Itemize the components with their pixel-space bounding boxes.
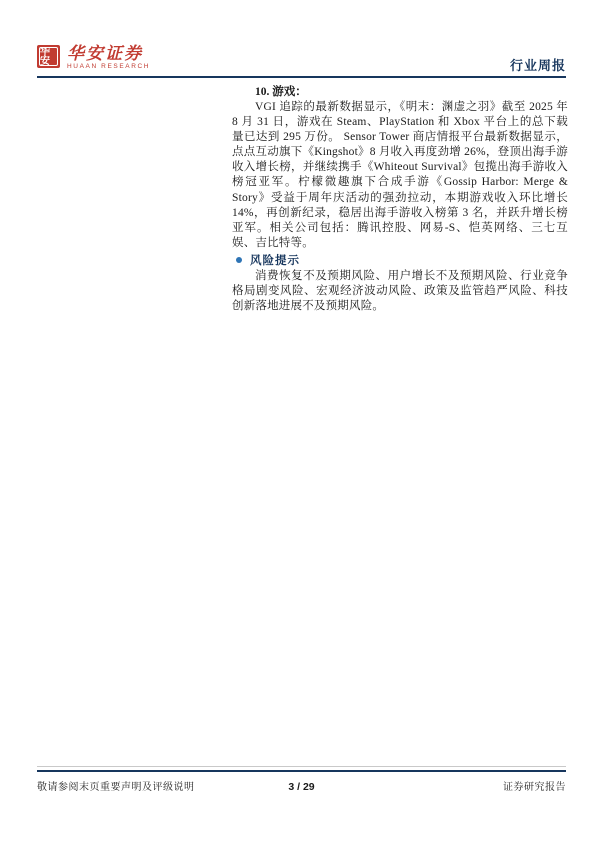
- games-paragraph: VGI 追踪的最新数据显示，《明末：渊虚之羽》截至 2025 年 8 月 31 …: [232, 100, 568, 251]
- brand-subtitle: HUAAN RESEARCH: [67, 63, 150, 71]
- huaan-seal-icon: 华安: [37, 45, 60, 68]
- report-page: 华安 华安证券 HUAAN RESEARCH 行业周报 10. 游戏： VGI …: [0, 0, 595, 841]
- footer-report-label: 证券研究报告: [315, 778, 566, 793]
- page-footer: 敬请参阅末页重要声明及评级说明 3 / 29 证券研究报告: [37, 778, 566, 793]
- page-number: 3 / 29: [288, 781, 314, 793]
- risk-paragraph: 消费恢复不及预期风险、用户增长不及预期风险、行业竞争格局剧变风险、宏观经济波动风…: [232, 269, 568, 314]
- header-rule: [37, 76, 566, 78]
- page-header: 华安 华安证券 HUAAN RESEARCH 行业周报: [37, 45, 566, 77]
- report-type-label: 行业周报: [510, 55, 566, 74]
- huaan-logo: 华安 华安证券 HUAAN RESEARCH: [37, 45, 150, 71]
- risk-heading-row: 风险提示: [236, 253, 568, 268]
- risk-heading: 风险提示: [250, 252, 300, 268]
- report-body: 10. 游戏： VGI 追踪的最新数据显示，《明末：渊虚之羽》截至 2025 年…: [232, 85, 568, 314]
- footer-rule: [37, 770, 566, 772]
- footer-thin-rule: [37, 766, 566, 767]
- brand-name: 华安证券: [67, 45, 150, 63]
- brand-text: 华安证券 HUAAN RESEARCH: [67, 45, 150, 71]
- section-heading: 10. 游戏：: [232, 85, 568, 100]
- bullet-icon: [236, 257, 242, 263]
- huaan-seal-glyph: 华安: [39, 47, 58, 66]
- footer-disclaimer: 敬请参阅末页重要声明及评级说明: [37, 778, 288, 793]
